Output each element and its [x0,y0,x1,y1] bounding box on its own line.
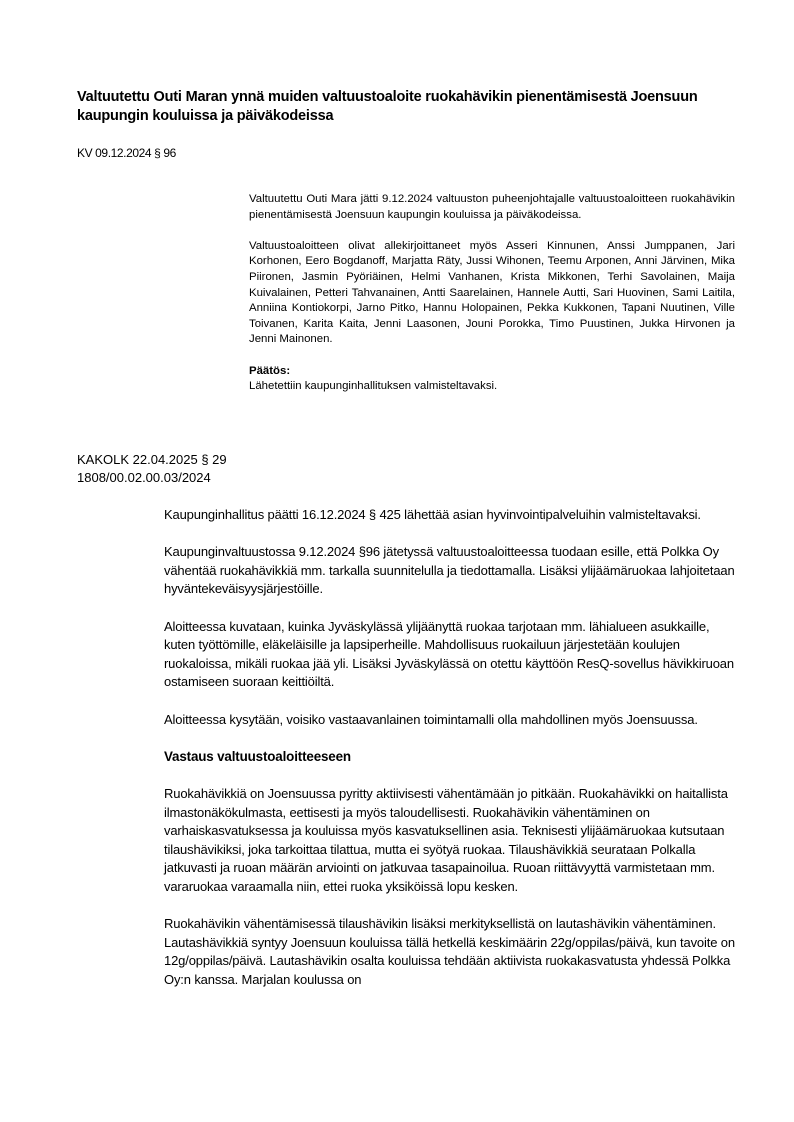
decision-text: Lähetettiin kaupunginhallituksen valmist… [249,379,735,395]
response-paragraph: Ruokahävikkiä on Joensuussa pyritty akti… [164,785,738,897]
meeting-reference-kakolk: KAKOLK 22.04.2025 § 29 [77,451,227,469]
committee-preparation-section: Kaupunginhallitus päätti 16.12.2024 § 42… [164,506,738,1008]
meeting-reference-kv: KV 09.12.2024 § 96 [77,146,176,160]
signatories-paragraph: Valtuustoaloitteen olivat allekirjoittan… [249,239,735,348]
response-heading: Vastaus valtuustoaloitteeseen [164,748,738,767]
decision-label: Päätös: [249,364,735,380]
response-paragraph: Ruokahävikin vähentämisessä tilaushäviki… [164,915,738,989]
document-title: Valtuutettu Outi Maran ynnä muiden valtu… [77,88,747,126]
initiative-paragraph: Valtuutettu Outi Mara jätti 9.12.2024 va… [249,192,735,223]
committee-reference: KAKOLK 22.04.2025 § 29 1808/00.02.00.03/… [77,451,227,487]
body-paragraph: Kaupunginvaltuustossa 9.12.2024 §96 jäte… [164,543,738,599]
body-paragraph: Aloitteessa kysytään, voisiko vastaavanl… [164,711,738,730]
council-initiative-section: Valtuutettu Outi Mara jätti 9.12.2024 va… [249,192,735,410]
body-paragraph: Kaupunginhallitus päätti 16.12.2024 § 42… [164,506,738,525]
record-number: 1808/00.02.00.03/2024 [77,469,227,487]
body-paragraph: Aloitteessa kuvataan, kuinka Jyväskyläss… [164,618,738,692]
